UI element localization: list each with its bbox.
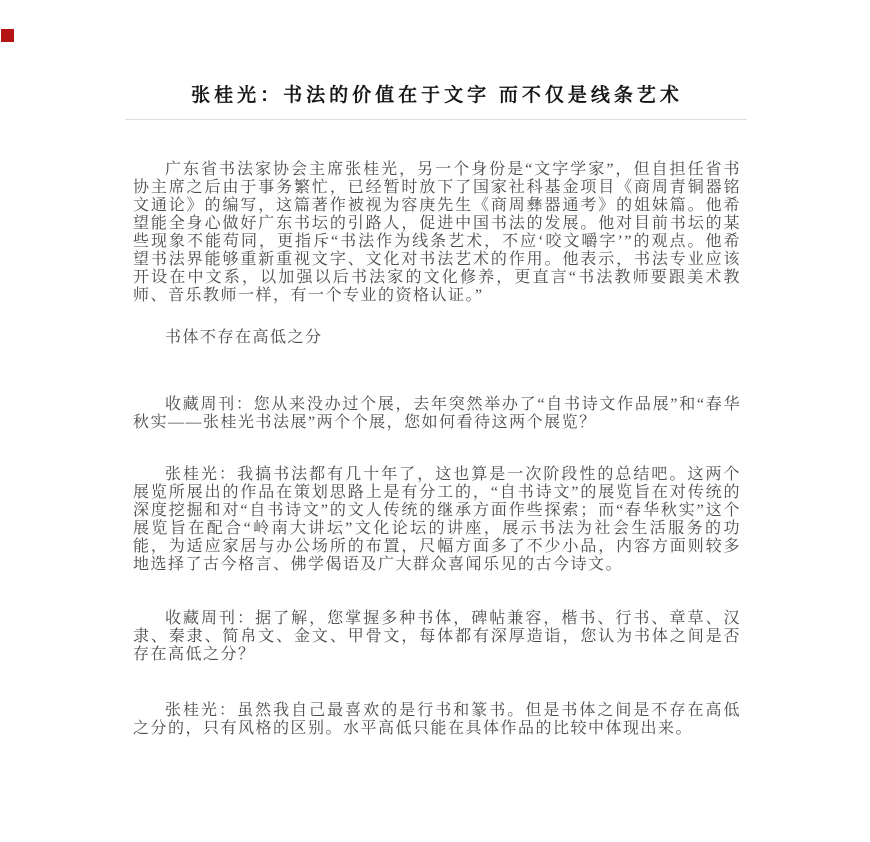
- section-heading: 书体不存在高低之分: [133, 329, 741, 347]
- article-body: 张桂光：书法的价值在于文字 而不仅是线条艺术 广东省书法家协会主席张桂光，另一个…: [133, 0, 741, 738]
- title-divider: [125, 119, 747, 120]
- red-square-marker: [1, 29, 14, 42]
- document-page: 张桂光：书法的价值在于文字 而不仅是线条艺术 广东省书法家协会主席张桂光，另一个…: [0, 0, 870, 842]
- question-paragraph: 收藏周刊：您从来没办过个展，去年突然举办了“自书诗文作品展”和“春华秋实——张桂…: [133, 396, 741, 432]
- question-paragraph: 收藏周刊：据了解，您掌握多种书体，碑帖兼容，楷书、行书、章草、汉隶、秦隶、简帛文…: [133, 610, 741, 664]
- answer-paragraph: 张桂光：虽然我自己最喜欢的是行书和篆书。但是书体之间是不存在高低之分的，只有风格…: [133, 702, 741, 738]
- answer-paragraph: 张桂光：我搞书法都有几十年了，这也算是一次阶段性的总结吧。这两个展览所展出的作品…: [133, 466, 741, 574]
- article-title: 张桂光：书法的价值在于文字 而不仅是线条艺术: [133, 83, 741, 109]
- intro-paragraph: 广东省书法家协会主席张桂光，另一个身份是“文字学家”，但自担任省书协主席之后由于…: [133, 161, 741, 305]
